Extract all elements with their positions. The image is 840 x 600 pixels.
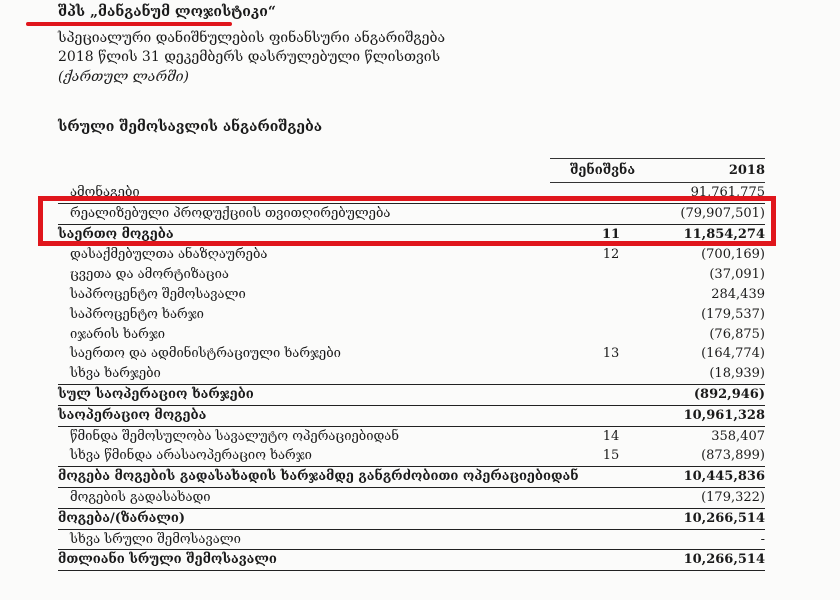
row-value: (892,946)	[694, 385, 765, 405]
table-row: მოგება/(ზარალი)10,266,514	[58, 509, 765, 530]
row-label: დასაქმებულთა ანაზღაურება	[70, 245, 267, 265]
row-value: (873,899)	[701, 446, 765, 466]
row-label: მთლიანი სრული შემოსავალი	[58, 550, 277, 570]
row-label: მოგების გადასახადი	[70, 488, 211, 508]
table-row: საპროცენტო ხარჯი(179,537)	[58, 305, 765, 325]
row-label: საპროცენტო ხარჯი	[70, 305, 204, 325]
section-title: სრული შემოსავლის ანგარიშგება	[58, 119, 322, 135]
row-label: მოგება მოგების გადასახადის ხარჯამდე განგ…	[58, 467, 579, 487]
row-value: (179,537)	[701, 305, 765, 325]
header-top-rule	[550, 158, 765, 159]
row-note: 15	[596, 446, 626, 466]
row-value: 358,407	[711, 427, 765, 447]
row-label: სხვა სრული შემოსავალი	[70, 530, 241, 550]
row-note: 14	[596, 427, 626, 447]
table-row: საერთო და ადმინისტრაციული ხარჯები13(164,…	[58, 344, 765, 364]
currency-note: (ქართულ ლარში)	[58, 68, 189, 86]
table-row: საოპერაციო მოგება10,961,328	[58, 406, 765, 427]
row-label: სხვა წმინდა არასაოპერაციო ხარჯი	[70, 446, 312, 466]
row-value: (18,939)	[709, 364, 765, 384]
table-row: სხვა ხარჯები(18,939)	[58, 364, 765, 385]
financial-statement-page: შპს „მანგანუმ ლოჯისტიკი“ სპეციალური დანი…	[0, 0, 840, 600]
row-label: მოგება/(ზარალი)	[58, 509, 185, 529]
table-row: სხვა წმინდა არასაოპერაციო ხარჯი15(873,89…	[58, 446, 765, 467]
table-row: დასაქმებულთა ანაზღაურება12(700,169)	[58, 245, 765, 265]
column-header-year: 2018	[712, 163, 765, 178]
row-value: 10,266,514	[684, 509, 765, 529]
row-value: 284,439	[711, 285, 765, 305]
table-row: სულ საოპერაციო ხარჯები(892,946)	[58, 385, 765, 406]
row-note: 12	[596, 245, 626, 265]
table-row: მოგება მოგების გადასახადის ხარჯამდე განგ…	[58, 467, 765, 488]
table-row: იჯარის ხარჯი(76,875)	[58, 325, 765, 345]
table-row: მთლიანი სრული შემოსავალი10,266,514	[58, 550, 765, 571]
row-value: (700,169)	[701, 245, 765, 265]
row-label: საპროცენტო შემოსავალი	[70, 285, 246, 305]
row-note: 13	[596, 344, 626, 364]
row-value: 10,266,514	[684, 550, 765, 570]
row-label: ცვეთა და ამორტიზაცია	[70, 265, 229, 285]
statement-subtitle: სპეციალური დანიშნულების ფინანსური ანგარი…	[58, 29, 445, 47]
row-value: (179,322)	[701, 488, 765, 508]
company-name: შპს „მანგანუმ ლოჯისტიკი“	[58, 3, 276, 21]
red-highlight-box	[38, 196, 776, 246]
reporting-period: 2018 წლის 31 დეკემბერს დასრულებული წლისთ…	[58, 48, 440, 66]
table-row: სხვა სრული შემოსავალი-	[58, 530, 765, 551]
row-value: (37,091)	[709, 265, 765, 285]
row-label: საერთო და ადმინისტრაციული ხარჯები	[70, 344, 341, 364]
column-header-note: შენიშვნა	[570, 163, 635, 178]
table-row: მოგების გადასახადი(179,322)	[58, 488, 765, 509]
row-value: 10,445,836	[684, 467, 765, 487]
table-row: ცვეთა და ამორტიზაცია(37,091)	[58, 265, 765, 285]
row-value: 10,961,328	[684, 406, 765, 426]
row-value: (164,774)	[701, 344, 765, 364]
table-row: საპროცენტო შემოსავალი284,439	[58, 285, 765, 305]
table-row: წმინდა შემოსულობა სავალუტო ოპერაციებიდან…	[58, 427, 765, 447]
row-label: სხვა ხარჯები	[70, 364, 161, 384]
row-value: (76,875)	[709, 325, 765, 345]
row-label: იჯარის ხარჯი	[70, 325, 165, 345]
row-value: -	[761, 530, 765, 550]
row-label: წმინდა შემოსულობა სავალუტო ოპერაციებიდან	[70, 427, 399, 447]
red-underline-annotation	[26, 22, 232, 26]
row-label: სულ საოპერაციო ხარჯები	[58, 385, 254, 405]
row-label: საოპერაციო მოგება	[58, 406, 206, 426]
